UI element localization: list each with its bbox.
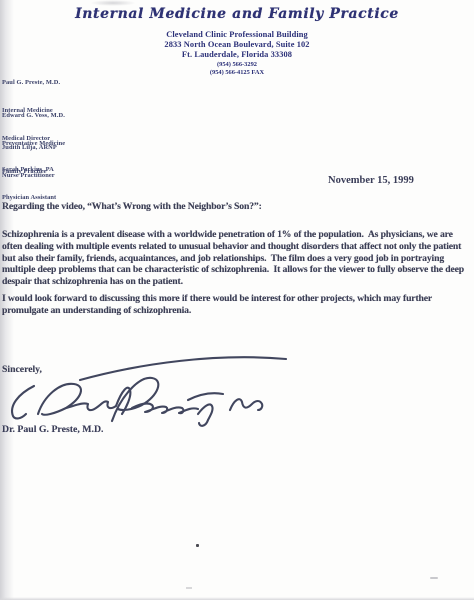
body-line: promulgate an understanding of schizophr… [2,305,474,317]
signature-handwriting [2,350,312,432]
address-line-building: Cleveland Clinic Professional Building [0,30,474,40]
address-line-city: Ft. Lauderdale, Florida 33308 [0,50,474,60]
body-line: Schizophrenia is a prevalent disease wit… [2,229,474,241]
staff-name: Sarah Perkins, PA [2,165,56,174]
scan-speck [196,544,199,547]
staff-name: Paul G. Preste, M.D. [2,78,60,87]
body-line: I would look forward to discussing this … [2,293,474,305]
body-line: but also their family, friends, acquaint… [2,253,474,265]
fax-number: (954) 566-4125 FAX [0,69,474,77]
body-line: despair that schizophrenia has on the pa… [2,276,474,288]
typed-signature-name: Dr. Paul G. Preste, M.D. [2,424,104,435]
address-line-street: 2833 North Ocean Boulevard, Suite 102 [0,40,474,50]
scan-speck [430,577,438,579]
practice-name: Internal Medicine and Family Practice [0,6,474,22]
closing-salutation: Sincerely, [2,364,42,375]
staff-name: Edward G. Voss, M.D. [2,111,65,120]
body-line: often dealing with multiple events relat… [2,241,474,253]
scan-speck [186,587,192,589]
letterhead-address: Cleveland Clinic Professional Building 2… [0,30,474,60]
subject-line: Regarding the video, “What’s Wrong with … [2,201,262,213]
body-line: multiple deep problems that can be chara… [2,264,474,276]
letter-date: November 15, 1999 [328,175,414,186]
paragraph-2: I would look forward to discussing this … [2,293,474,317]
phone-number: (954) 566-3292 [0,61,474,69]
scanned-letter-page: Internal Medicine and Family Practice Cl… [0,0,474,600]
letterhead-phones: (954) 566-3292 (954) 566-4125 FAX [0,61,474,76]
paragraph-1: Schizophrenia is a prevalent disease wit… [2,229,474,288]
